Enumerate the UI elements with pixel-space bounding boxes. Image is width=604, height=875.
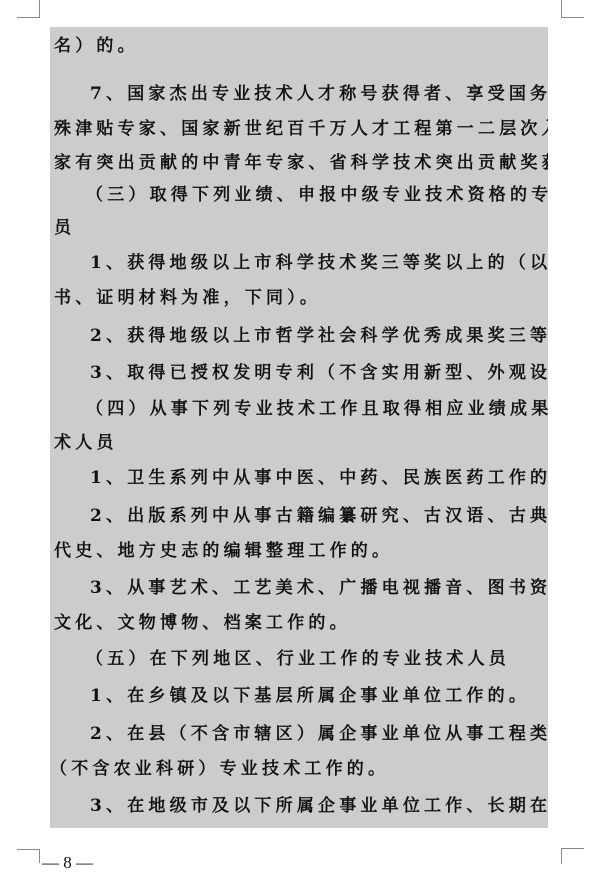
text-line: 书、证明材料为准，下同）。 (54, 286, 548, 310)
text-line: 名）的。 (54, 34, 548, 58)
text-line: 3、在地级市及以下所属企事业单位工作、长期在野外从事 (90, 794, 548, 818)
text-line: 2、获得地级以上市哲学社会科学优秀成果奖三等奖以上的。 (90, 324, 548, 348)
text-line: 2、出版系列中从事古籍编纂研究、古汉语、古典文学、古 (90, 504, 548, 528)
crop-mark-bottom-left-vertical (39, 849, 40, 863)
text-line: 1、在乡镇及以下基层所属企事业单位工作的。 (90, 684, 548, 708)
text-line: 1、卫生系列中从事中医、中药、民族医药工作的。 (90, 466, 548, 490)
text-line: 2、在县（不含市辖区）属企事业单位从事工程类、农业类 (90, 722, 548, 746)
crop-mark-top-right-horizontal (561, 17, 584, 18)
text-line: 代史、地方史志的编辑整理工作的。 (54, 539, 548, 563)
text-line: 3、从事艺术、工艺美术、广播电视播音、图书资料、群众 (90, 576, 548, 600)
section-heading: （五）在下列地区、行业工作的专业技术人员 (86, 647, 548, 671)
text-line: 3、取得已授权发明专利（不含实用新型、外观设计）的。 (90, 361, 548, 385)
section-heading: 术人员 (54, 431, 548, 455)
section-heading: 员 (54, 216, 548, 240)
section-heading: （三）取得下列业绩、申报中级专业技术资格的专业技术人 (86, 183, 548, 207)
text-line: 1、获得地级以上市科学技术奖三等奖以上的（以获奖证 (90, 251, 548, 275)
text-line: 7、国家杰出专业技术人才称号获得者、享受国务院政府特 (90, 82, 548, 106)
page-number: — 8 — (42, 853, 93, 873)
section-heading: （四）从事下列专业技术工作且取得相应业绩成果的专业技 (86, 397, 548, 421)
crop-mark-bottom-right-vertical (561, 848, 562, 864)
crop-mark-top-right-vertical (561, 0, 562, 18)
text-line: 殊津贴专家、国家新世纪百千万人才工程第一二层次入选者、国 (54, 117, 548, 141)
text-line: 家有突出贡献的中青年专家、省科学技术突出贡献奖获得者。 (54, 151, 548, 175)
crop-mark-bottom-right-horizontal (561, 848, 584, 849)
document-body: 名）的。 7、国家杰出专业技术人才称号获得者、享受国务院政府特 殊津贴专家、国家… (50, 27, 548, 828)
crop-mark-bottom-left-horizontal (17, 849, 40, 850)
text-line: （不含农业科研）专业技术工作的。 (50, 757, 548, 781)
crop-mark-top-left-vertical (39, 0, 40, 18)
text-line: 文化、文物博物、档案工作的。 (54, 611, 548, 635)
crop-mark-top-left-horizontal (17, 17, 40, 18)
